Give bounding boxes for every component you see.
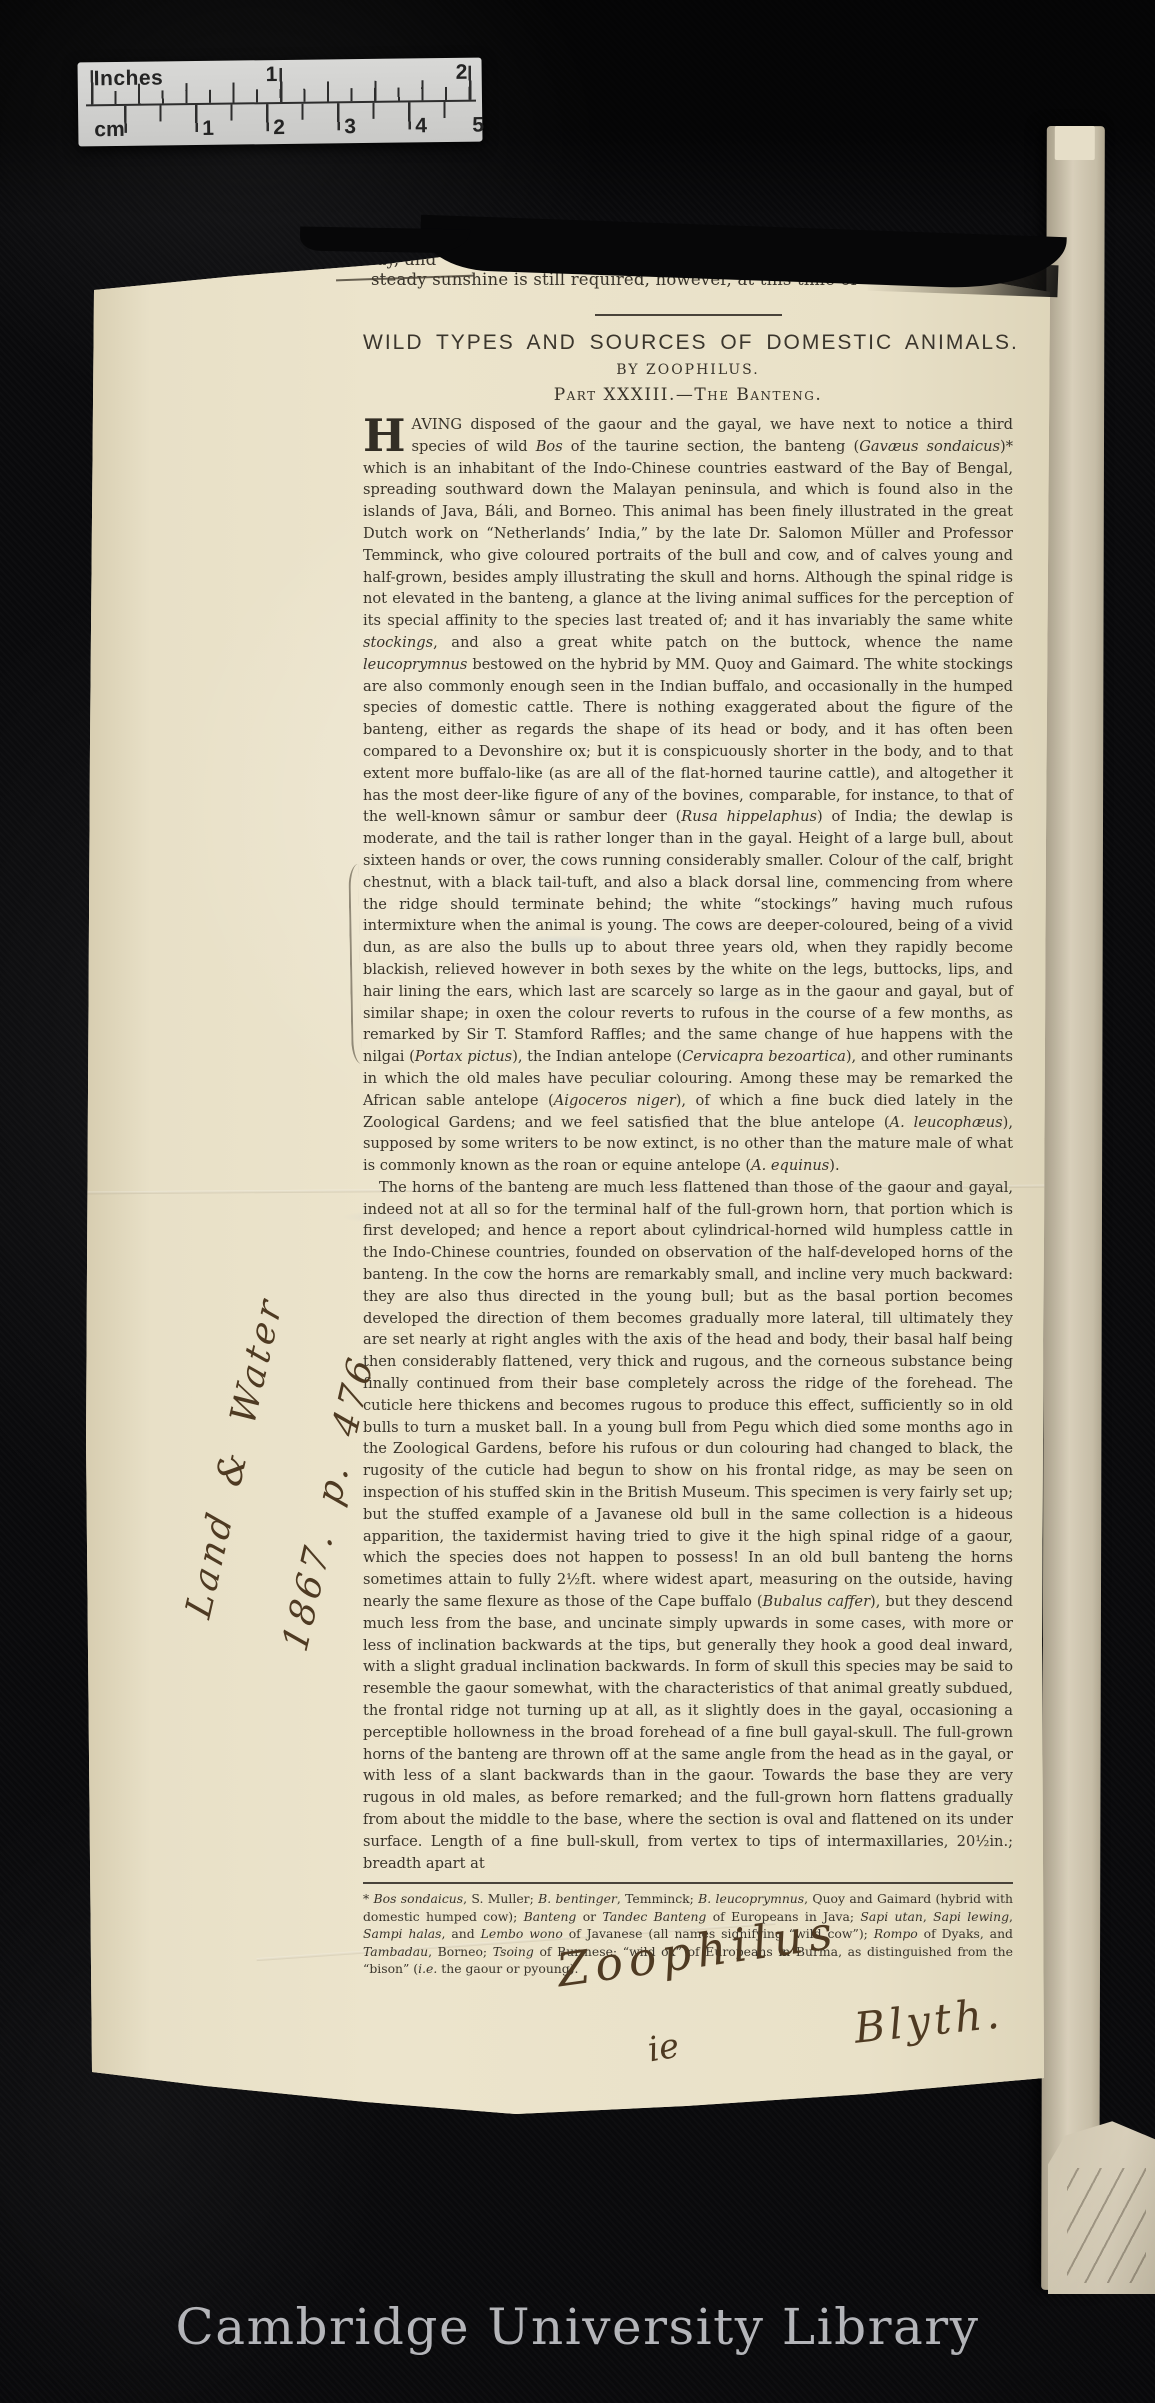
article-paragraph: The horns of the banteng are much less f… (363, 1177, 1013, 1875)
footnote-rule (363, 1882, 1013, 1884)
archival-scan: Inches 1 2 cm 1 2 3 4 5 lay, and steady … (0, 0, 1155, 2403)
overlay-page-shadow (300, 227, 470, 254)
library-watermark: Cambridge University Library (0, 2298, 1155, 2356)
article-title: WILD TYPES AND SOURCES OF DOMESTIC ANIMA… (363, 331, 1013, 355)
section-rule (595, 314, 782, 316)
corner-fragment-marks (1067, 2168, 1146, 2283)
ruler-cm-number: 5 (472, 114, 484, 138)
ruler-cm-label: cm (94, 118, 125, 142)
corner-fragment (1048, 2114, 1155, 2294)
ruler-inch-number: 2 (456, 61, 468, 85)
drop-cap: H (363, 414, 412, 454)
newspaper-clipping: lay, and steady sunshine is still requir… (86, 242, 1050, 2116)
part-heading: Part XXXIII.—The Banteng. (363, 385, 1013, 405)
album-page-edge (1041, 126, 1105, 2290)
ruler-cm-number: 2 (273, 116, 285, 140)
ruler-inch-number: 1 (266, 63, 278, 87)
ruler-cm-number: 3 (344, 115, 356, 139)
handwritten-ie: ie (645, 2026, 682, 2071)
ruler-inch-major-ticks (91, 66, 476, 105)
ruler-cm-number: 4 (415, 114, 427, 138)
article-byline: BY ZOOPHILUS. (363, 362, 1013, 378)
ruler-cm-number: 1 (202, 117, 214, 141)
measurement-ruler: Inches 1 2 cm 1 2 3 4 5 (78, 58, 483, 147)
